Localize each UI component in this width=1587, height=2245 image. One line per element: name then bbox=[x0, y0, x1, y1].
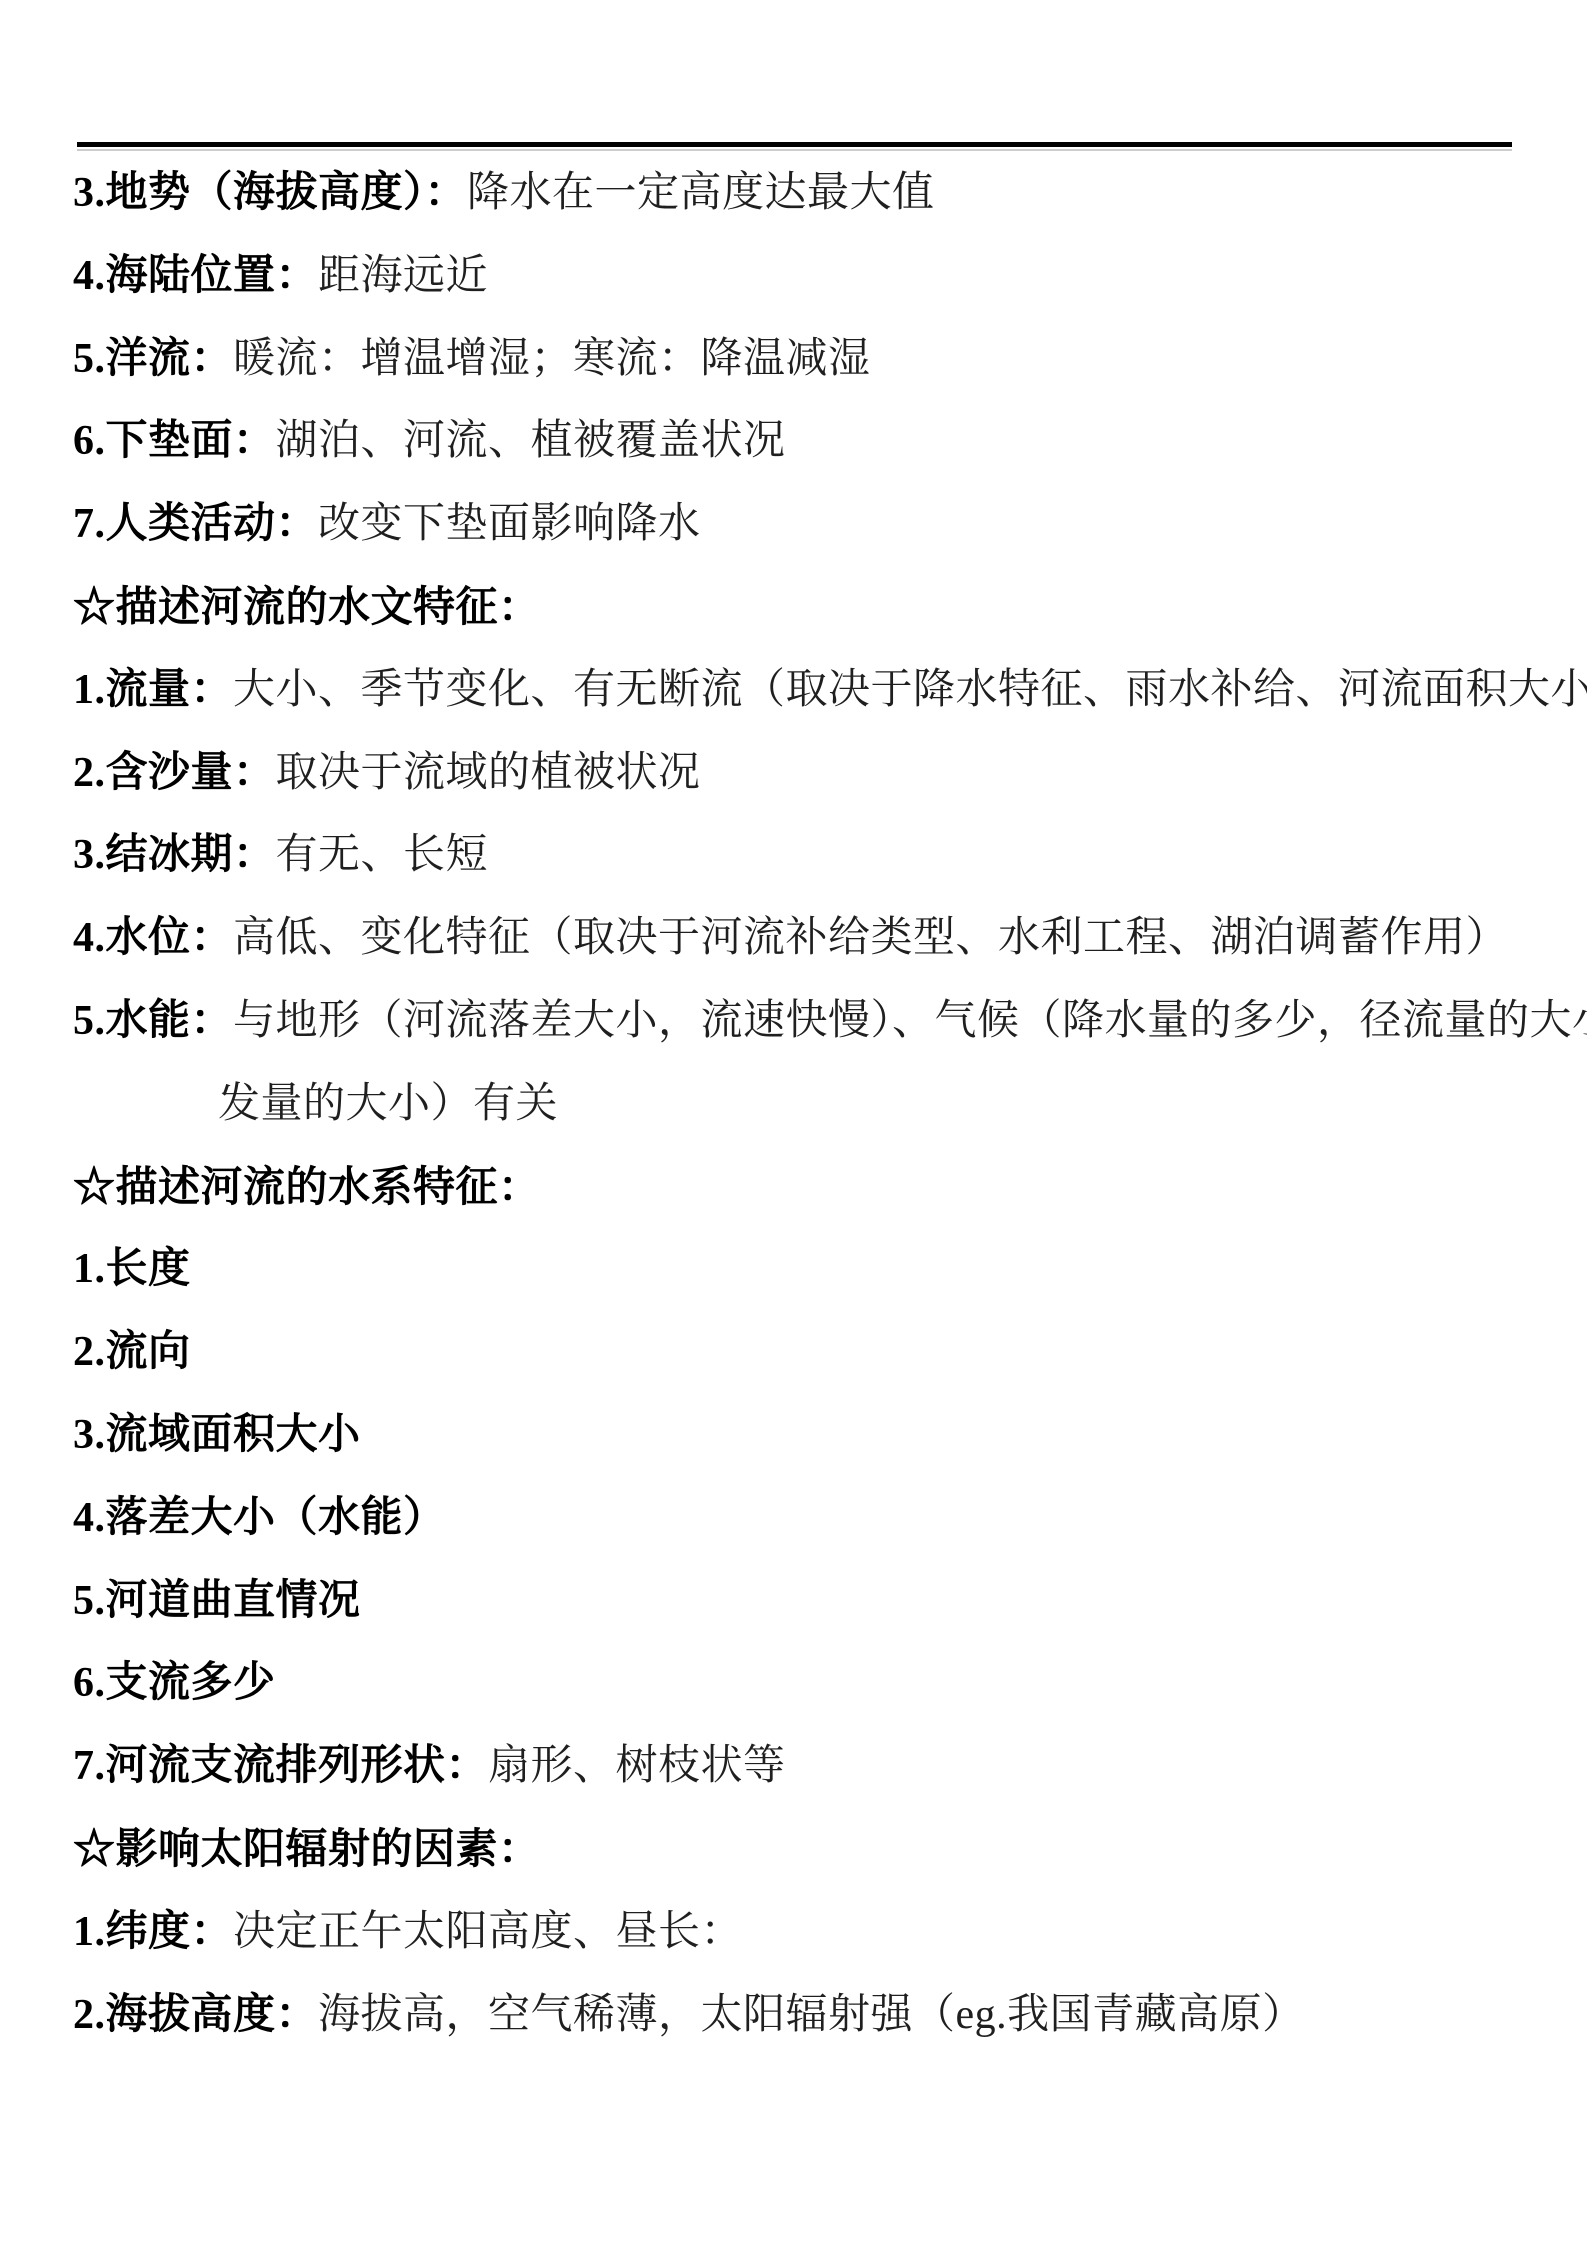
line-text: 距海远近 bbox=[318, 253, 488, 299]
wrapped-line-continuation: 发量的大小）有关 bbox=[73, 1063, 1521, 1146]
line-label: 3.结冰期： bbox=[73, 832, 276, 878]
line-label: 2.含沙量： bbox=[73, 750, 276, 796]
line-label: 5.河道曲直情况 bbox=[73, 1578, 361, 1624]
header-divider bbox=[77, 142, 1512, 147]
line-label: ☆描述河流的水文特征： bbox=[73, 583, 541, 630]
note-line: 2.海拔高度：海拔高，空气稀薄，太阳辐射强（eg.我国青藏高原） bbox=[73, 1974, 1521, 2057]
line-label: 7.人类活动： bbox=[73, 501, 318, 547]
note-line: 2.流向 bbox=[73, 1311, 1521, 1394]
note-line: 5.河道曲直情况 bbox=[73, 1560, 1521, 1643]
line-label: 1.长度 bbox=[73, 1246, 191, 1292]
line-text: 湖泊、河流、植被覆盖状况 bbox=[276, 418, 786, 464]
line-label: 1.纬度： bbox=[73, 1909, 233, 1955]
line-label: 2.海拔高度： bbox=[73, 1992, 318, 2038]
line-label: 6.支流多少 bbox=[73, 1660, 276, 1706]
note-line: 4.水位：高低、变化特征（取决于河流补给类型、水利工程、湖泊调蓄作用） bbox=[73, 897, 1521, 980]
note-line: 3.结冰期：有无、长短 bbox=[73, 814, 1521, 897]
notes-content: 3.地势（海拔高度）：降水在一定高度达最大值4.海陆位置：距海远近5.洋流：暖流… bbox=[73, 152, 1521, 2056]
line-label: 3.流域面积大小 bbox=[73, 1412, 361, 1458]
line-label: 1.流量： bbox=[73, 667, 233, 713]
note-line: 3.流域面积大小 bbox=[73, 1394, 1521, 1477]
line-text: 扇形、树枝状等 bbox=[488, 1743, 786, 1789]
note-line: 4.落差大小（水能） bbox=[73, 1477, 1521, 1560]
line-label: 2.流向 bbox=[73, 1329, 191, 1375]
line-label: ☆描述河流的水系特征： bbox=[73, 1163, 541, 1210]
line-label: 6.下垫面： bbox=[73, 418, 276, 464]
line-label: 7.河流支流排列形状： bbox=[73, 1743, 488, 1789]
line-label: 4.落差大小（水能） bbox=[73, 1495, 446, 1541]
section-header: ☆描述河流的水系特征： bbox=[73, 1146, 1521, 1229]
note-line: 5.洋流：暖流：增温增湿；寒流：降温减湿 bbox=[73, 318, 1521, 401]
note-line: 5.水能：与地形（河流落差大小，流速快慢）、气候（降水量的多少，径流量的大小，蒸 bbox=[73, 980, 1521, 1063]
line-label: 5.洋流： bbox=[73, 336, 233, 382]
note-line: 1.长度 bbox=[73, 1228, 1521, 1311]
note-line: 2.含沙量：取决于流域的植被状况 bbox=[73, 732, 1521, 815]
line-text: 改变下垫面影响降水 bbox=[318, 501, 701, 547]
line-text: 发量的大小）有关 bbox=[218, 1081, 558, 1127]
note-line: 6.支流多少 bbox=[73, 1642, 1521, 1725]
note-line: 3.地势（海拔高度）：降水在一定高度达最大值 bbox=[73, 152, 1521, 235]
line-text: 海拔高，空气稀薄，太阳辐射强（eg.我国青藏高原） bbox=[318, 1992, 1305, 2038]
header-divider-shadow bbox=[77, 149, 1512, 151]
line-text: 取决于流域的植被状况 bbox=[276, 750, 701, 796]
section-header: ☆描述河流的水文特征： bbox=[73, 566, 1521, 649]
note-line: 7.河流支流排列形状：扇形、树枝状等 bbox=[73, 1725, 1521, 1808]
line-label: 4.海陆位置： bbox=[73, 253, 318, 299]
line-text: 有无、长短 bbox=[276, 832, 489, 878]
line-label: 5.水能： bbox=[73, 998, 233, 1044]
line-label: 3.地势（海拔高度）： bbox=[73, 170, 467, 216]
line-text: 降水在一定高度达最大值 bbox=[467, 170, 935, 216]
line-label: 4.水位： bbox=[73, 915, 233, 961]
line-label: ☆影响太阳辐射的因素： bbox=[73, 1825, 541, 1872]
note-line: 7.人类活动：改变下垫面影响降水 bbox=[73, 483, 1521, 566]
line-text: 大小、季节变化、有无断流（取决于降水特征、雨水补给、河流面积大小） bbox=[233, 667, 1587, 713]
note-line: 6.下垫面：湖泊、河流、植被覆盖状况 bbox=[73, 400, 1521, 483]
document-page: 3.地势（海拔高度）：降水在一定高度达最大值4.海陆位置：距海远近5.洋流：暖流… bbox=[0, 0, 1587, 2245]
line-text: 暖流：增温增湿；寒流：降温减湿 bbox=[233, 336, 871, 382]
line-text: 高低、变化特征（取决于河流补给类型、水利工程、湖泊调蓄作用） bbox=[233, 915, 1508, 961]
line-text: 与地形（河流落差大小，流速快慢）、气候（降水量的多少，径流量的大小，蒸 bbox=[233, 998, 1587, 1044]
line-text: 决定正午太阳高度、昼长： bbox=[233, 1909, 743, 1955]
section-header: ☆影响太阳辐射的因素： bbox=[73, 1808, 1521, 1891]
note-line: 1.纬度：决定正午太阳高度、昼长： bbox=[73, 1891, 1521, 1974]
note-line: 1.流量：大小、季节变化、有无断流（取决于降水特征、雨水补给、河流面积大小） bbox=[73, 649, 1521, 732]
note-line: 4.海陆位置：距海远近 bbox=[73, 235, 1521, 318]
